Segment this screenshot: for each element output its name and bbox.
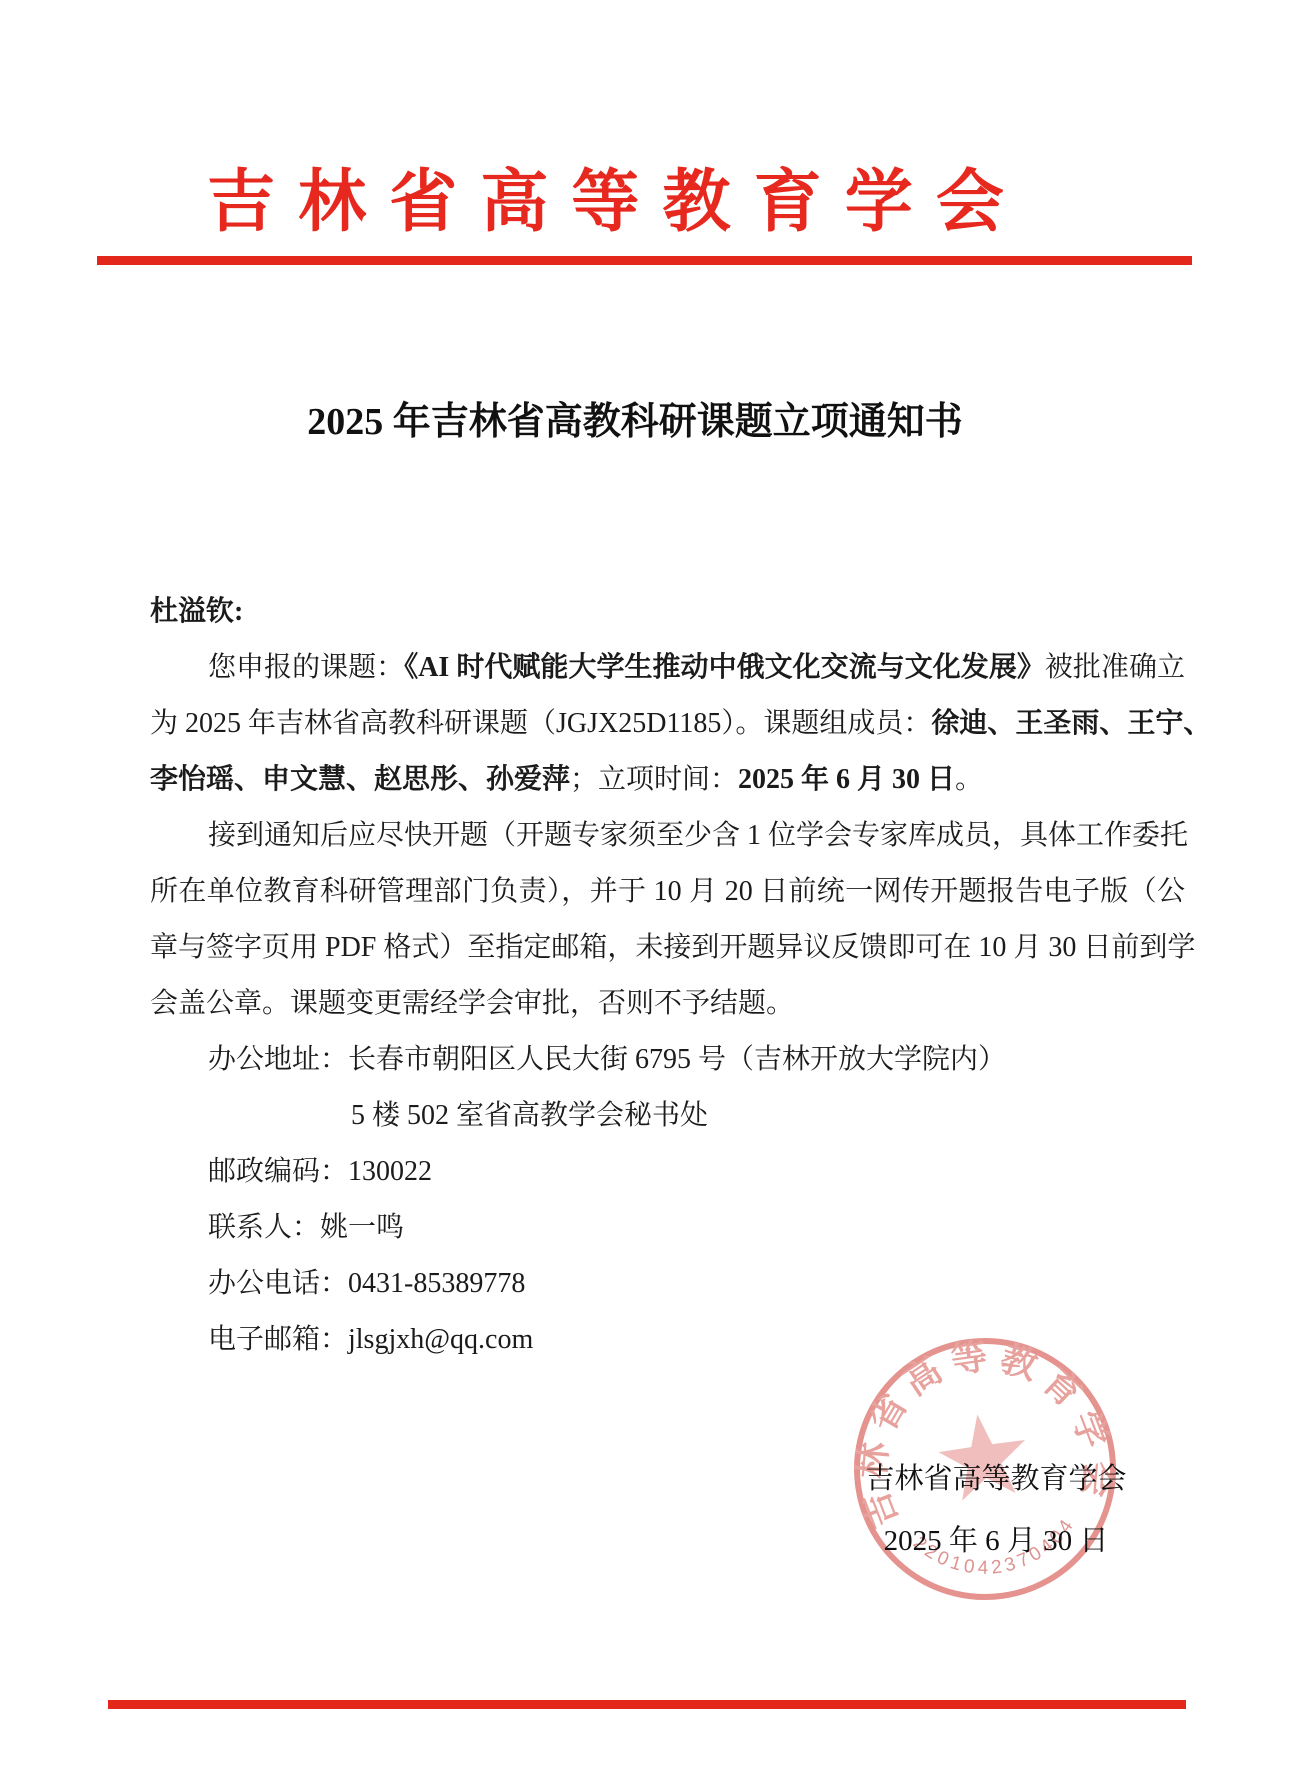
para1-line2-pre: 为 2025 年吉林省高教科研课题（JGJX25D1185）。课题组成员： <box>150 708 931 739</box>
signature-date: 2025 年 6 月 30 日 <box>858 1510 1134 1572</box>
contact-address: 办公地址：长春市朝阳区人民大街 6795 号（吉林开放大学院内） <box>150 1032 1185 1088</box>
footer-divider-line <box>108 1700 1186 1709</box>
paragraph1-line3: 李怡瑶、申文慧、赵思彤、孙爱萍；立项时间：2025 年 6 月 30 日。 <box>150 752 1185 808</box>
letterhead-divider-line <box>97 256 1192 265</box>
paragraph2-line4: 会盖公章。课题变更需经学会审批，否则不予结题。 <box>150 976 1185 1032</box>
para1-line1-post: 被批准确立 <box>1045 652 1185 683</box>
para1-line3-end: 。 <box>955 764 983 795</box>
paragraph1-line1: 您申报的课题：《AI 时代赋能大学生推动中俄文化交流与文化发展》被批准确立 <box>150 640 1185 696</box>
document-body: 杜溢钦: 您申报的课题：《AI 时代赋能大学生推动中俄文化交流与文化发展》被批准… <box>150 584 1185 1368</box>
contact-person: 联系人：姚一鸣 <box>150 1200 1185 1256</box>
contact-address-line2: 5 楼 502 室省高教学会秘书处 <box>150 1088 1185 1144</box>
para1-line3-members: 李怡瑶、申文慧、赵思彤、孙爱萍 <box>150 764 570 795</box>
para1-line1-pre: 您申报的课题： <box>208 652 404 683</box>
paragraph1-line2: 为 2025 年吉林省高教科研课题（JGJX25D1185）。课题组成员：徐迪、… <box>150 696 1185 752</box>
letterhead-org-name: 吉林省高等教育学会 <box>0 148 1262 245</box>
paragraph2-line1: 接到通知后应尽快开题（开题专家须至少含 1 位学会专家库成员，具体工作委托 <box>150 808 1185 864</box>
signature-block: 吉林省高等教育学会 2025 年 6 月 30 日 <box>858 1448 1134 1572</box>
para1-line3-mid: ；立项时间： <box>570 764 738 795</box>
para1-line1-topic: 《AI 时代赋能大学生推动中俄文化交流与文化发展》 <box>404 652 1045 683</box>
paragraph2-line3: 章与签字页用 PDF 格式）至指定邮箱，未接到开题异议反馈即可在 10 月 30… <box>150 920 1185 976</box>
salutation: 杜溢钦: <box>150 584 1185 640</box>
signature-org-name: 吉林省高等教育学会 <box>858 1448 1134 1510</box>
paragraph2-line2: 所在单位教育科研管理部门负责），并于 10 月 20 日前统一网传开题报告电子版… <box>150 864 1185 920</box>
document-title: 2025 年吉林省高教科研课题立项通知书 <box>0 390 1280 445</box>
para1-line3-date: 2025 年 6 月 30 日 <box>738 764 955 795</box>
para1-line2-members: 徐迪、王圣雨、王宁、 <box>931 708 1211 739</box>
contact-phone: 办公电话：0431-85389778 <box>150 1256 1185 1312</box>
contact-postcode: 邮政编码：130022 <box>150 1144 1185 1200</box>
document-page: 吉林省高等教育学会 2025 年吉林省高教科研课题立项通知书 杜溢钦: 您申报的… <box>0 0 1290 1773</box>
